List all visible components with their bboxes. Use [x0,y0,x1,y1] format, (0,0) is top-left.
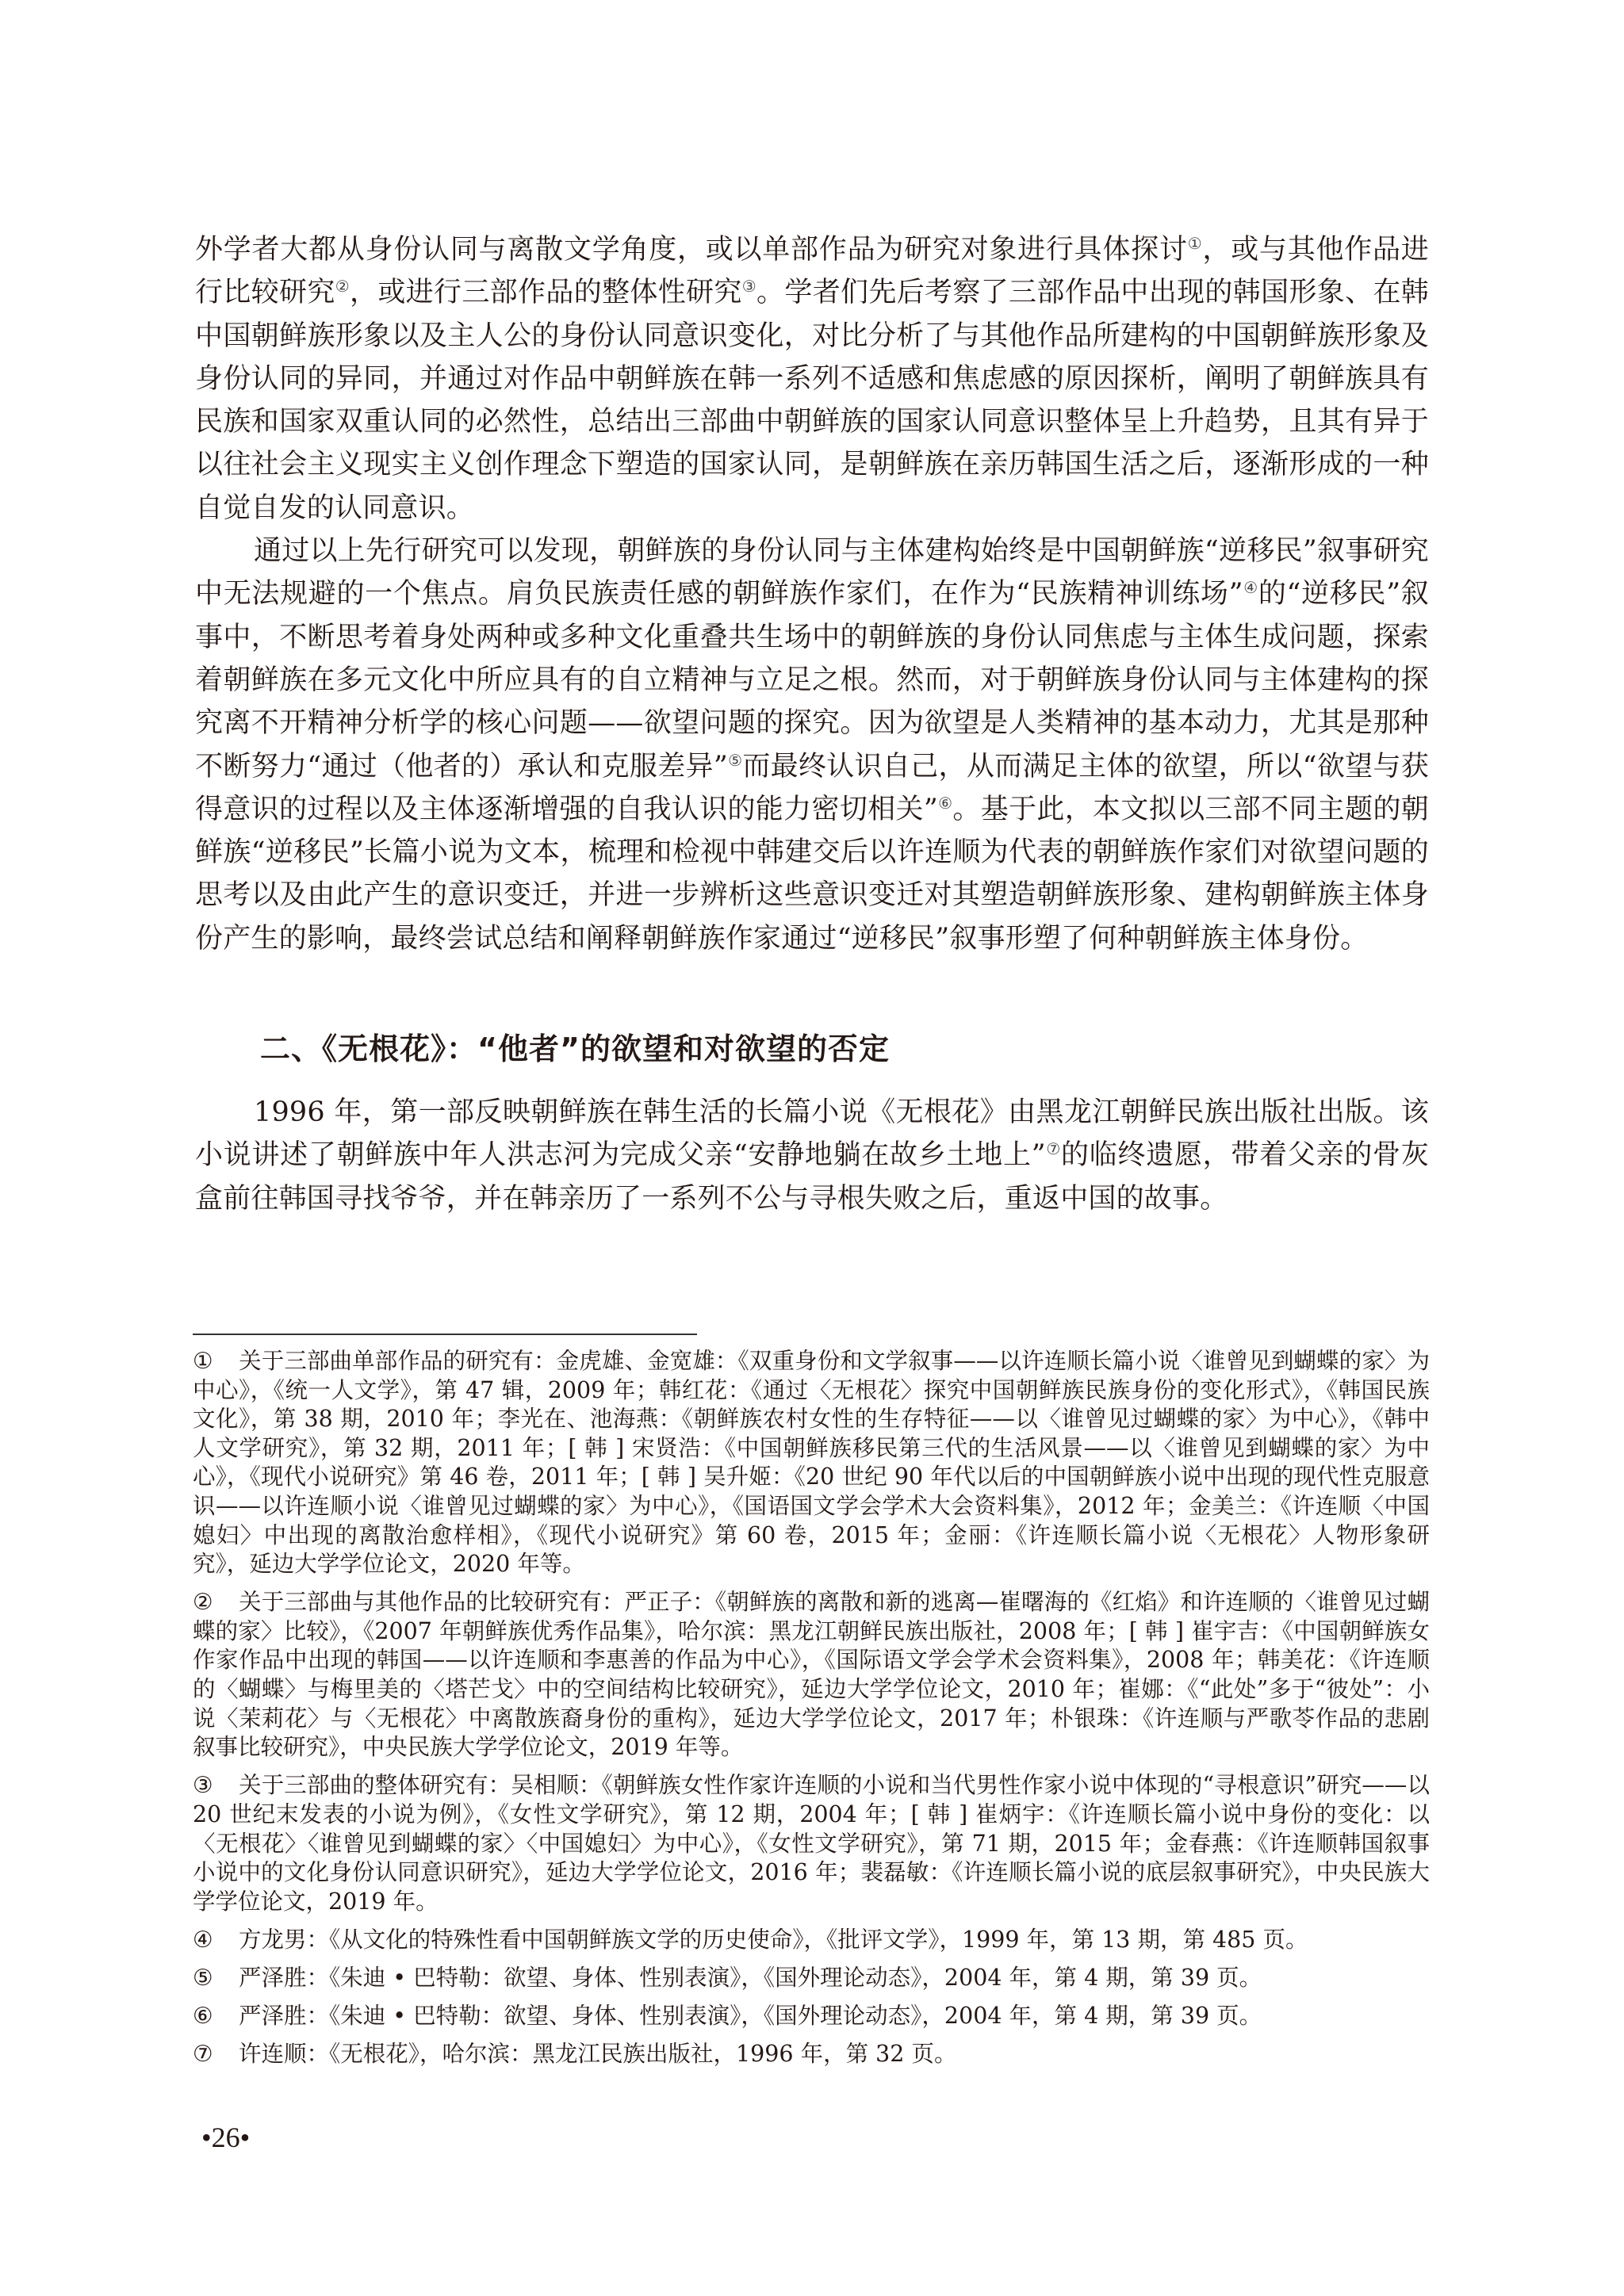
body-text-section-two: 1996 年，第一部反映朝鲜族在韩生活的长篇小说《无根花》由黑龙江朝鲜民族出版社… [195,1091,1429,1220]
document-page: 外学者大都从身份认同与离散文学角度，或以单部作品为研究对象进行具体探讨①，或与其… [0,0,1624,2296]
footnote-ref-1[interactable]: ① [1188,234,1203,253]
text-run: ，或进行三部作品的整体性研究 [350,277,742,308]
footnote-7: ⑦许连顺：《无根花》，哈尔滨：黑龙江民族出版社，1996 年，第 32 页。 [193,2040,1430,2069]
footnotes: ①关于三部曲单部作品的研究有：金虎雄、金宽雄：《双重身份和文学叙事——以许连顺长… [193,1347,1430,2078]
footnote-ref-2[interactable]: ② [335,277,350,296]
footnote-text: 方龙男：《从文化的特殊性看中国朝鲜族文学的历史使命》，《批评文学》，1999 年… [239,1927,1308,1953]
footnote-text: 严泽胜：《朱迪 • 巴特勒：欲望、身体、性别表演》，《国外理论动态》，2004 … [239,2003,1262,2029]
section-heading: 二、《无根花》：“他者”的欲望和对欲望的否定 [260,1027,890,1070]
footnote-marker: ⑤ [193,1964,239,1993]
body-text-top: 外学者大都从身份认同与离散文学角度，或以单部作品为研究对象进行具体探讨①，或与其… [195,228,1429,960]
footnote-3: ③关于三部曲的整体研究有：吴相顺：《朝鲜族女性作家许连顺的小说和当代男性作家小说… [193,1771,1430,1916]
footnote-marker: ① [193,1347,239,1376]
footnote-separator [193,1334,697,1335]
footnote-ref-3[interactable]: ③ [742,277,756,296]
paragraph-intro-continued: 外学者大都从身份认同与离散文学角度，或以单部作品为研究对象进行具体探讨①，或与其… [195,228,1429,530]
footnote-4: ④方龙男：《从文化的特殊性看中国朝鲜族文学的历史使命》，《批评文学》，1999 … [193,1926,1430,1955]
footnote-text: 关于三部曲单部作品的研究有：金虎雄、金宽雄：《双重身份和文学叙事——以许连顺长篇… [193,1348,1430,1577]
footnote-marker: ⑥ [193,2002,239,2031]
text-run: 通过以上先行研究可以发现，朝鲜族的身份认同与主体建构始终是中国朝鲜族“逆移民”叙… [195,535,1429,610]
footnote-marker: ⑦ [193,2040,239,2069]
footnote-ref-4[interactable]: ④ [1243,578,1258,597]
footnote-ref-5[interactable]: ⑤ [728,751,742,770]
footnote-text: 许连顺：《无根花》，哈尔滨：黑龙江民族出版社，1996 年，第 32 页。 [239,2041,956,2067]
footnote-text: 关于三部曲的整体研究有：吴相顺：《朝鲜族女性作家许连顺的小说和当代男性作家小说中… [193,1772,1430,1914]
footnote-ref-7[interactable]: ⑦ [1046,1139,1061,1158]
footnote-text: 关于三部曲与其他作品的比较研究有：严正子：《朝鲜族的离散和新的逃离—崔曙海的《红… [193,1589,1430,1760]
text-run: 外学者大都从身份认同与离散文学角度，或以单部作品为研究对象进行具体探讨 [195,234,1188,266]
footnote-marker: ④ [193,1926,239,1955]
paragraph-section-two-intro: 1996 年，第一部反映朝鲜族在韩生活的长篇小说《无根花》由黑龙江朝鲜民族出版社… [195,1091,1429,1220]
text-run: 。学者们先后考察了三部作品中出现的韩国形象、在韩中国朝鲜族形象以及主人公的身份认… [195,277,1429,523]
footnote-text: 严泽胜：《朱迪 • 巴特勒：欲望、身体、性别表演》，《国外理论动态》，2004 … [239,1965,1262,1991]
footnote-1: ①关于三部曲单部作品的研究有：金虎雄、金宽雄：《双重身份和文学叙事——以许连顺长… [193,1347,1430,1579]
footnote-ref-6[interactable]: ⑥ [938,794,952,813]
footnote-5: ⑤严泽胜：《朱迪 • 巴特勒：欲望、身体、性别表演》，《国外理论动态》，2004… [193,1964,1430,1993]
footnote-marker: ② [193,1588,239,1617]
footnote-marker: ③ [193,1771,239,1800]
footnote-6: ⑥严泽胜：《朱迪 • 巴特勒：欲望、身体、性别表演》，《国外理论动态》，2004… [193,2002,1430,2031]
footnote-2: ②关于三部曲与其他作品的比较研究有：严正子：《朝鲜族的离散和新的逃离—崔曙海的《… [193,1588,1430,1762]
page-number: •26• [201,2120,250,2155]
paragraph-research-focus: 通过以上先行研究可以发现，朝鲜族的身份认同与主体建构始终是中国朝鲜族“逆移民”叙… [195,530,1429,960]
